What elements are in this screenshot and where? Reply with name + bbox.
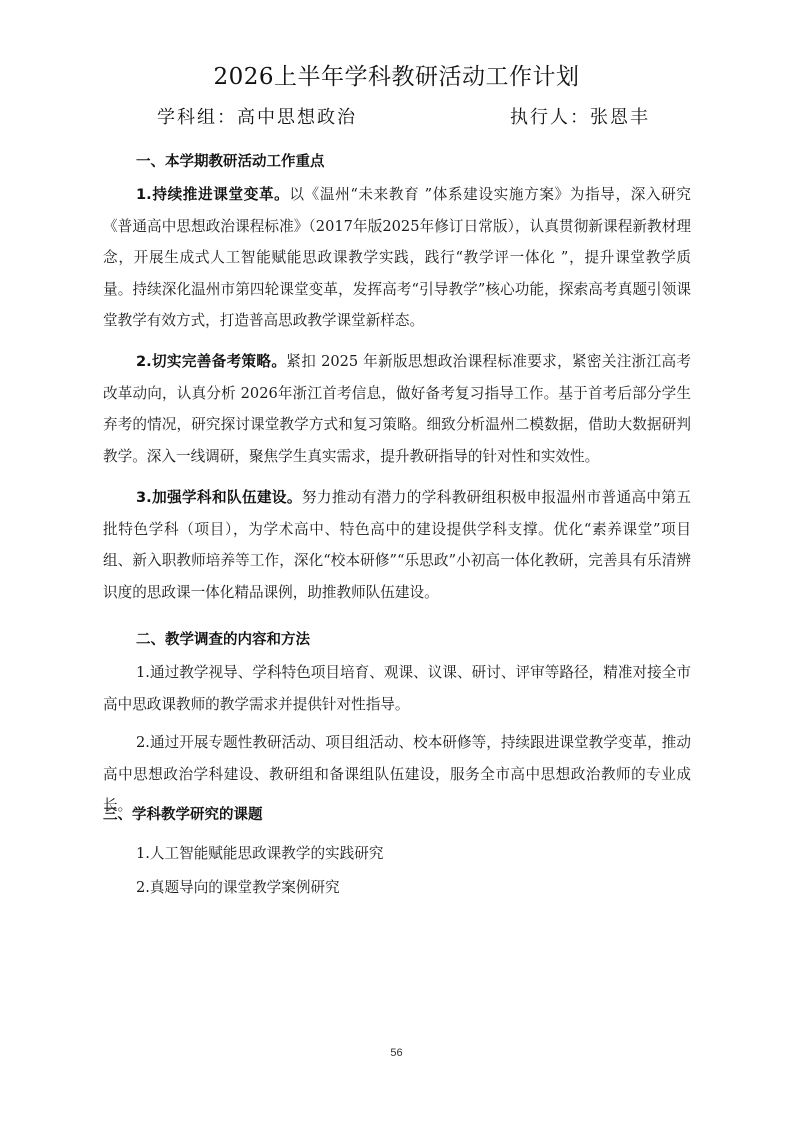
page-number: 56: [0, 1047, 793, 1059]
paragraph-text: 1.通过教学视导、学科特色项目培育、观课、议课、研讨、评审等路径，精准对接全市高…: [103, 664, 691, 713]
research-topic-2: 2.真题导向的课堂教学案例研究: [136, 876, 340, 897]
executor: 执行人：张恩丰: [510, 103, 650, 129]
paragraph-1-1: 1.持续推进课堂变革。以《温州“未来教育 ”体系建设实施方案》为指导，深入研究《…: [103, 179, 691, 337]
section-heading-2: 二、教学调查的内容和方法: [136, 628, 310, 649]
document-title: 2026上半年学科教研活动工作计划: [0, 58, 793, 91]
document-page: 2026上半年学科教研活动工作计划 学科组：高中思想政治 执行人：张恩丰 一、本…: [0, 0, 793, 1122]
paragraph-2-1: 1.通过教学视导、学科特色项目培育、观课、议课、研讨、评审等路径，精准对接全市高…: [103, 657, 691, 720]
research-topic-1: 1.人工智能赋能思政课教学的实践研究: [136, 842, 383, 863]
paragraph-text: 2.通过开展专题性教研活动、项目组活动、校本研修等，持续跟进课堂教学变革，推动高…: [103, 734, 691, 814]
paragraph-1-2: 2.切实完善备考策略。紧扣 2025 年新版思想政治课程标准要求，紧密关注浙江高…: [103, 346, 691, 472]
paragraph-lead: 1.持续推进课堂变革。: [136, 186, 289, 203]
paragraph-lead: 2.切实完善备考策略。: [136, 353, 286, 370]
section-heading-3: 三、学科教学研究的课题: [103, 803, 263, 824]
paragraph-1-3: 3.加强学科和队伍建设。努力推动有潜力的学科教研组积极申报温州市普通高中第五批特…: [103, 482, 691, 608]
paragraph-lead: 3.加强学科和队伍建设。: [136, 489, 302, 506]
paragraph-text: 以《温州“未来教育 ”体系建设实施方案》为指导，深入研究《普通高中思想政治课程标…: [103, 186, 691, 329]
subject-group: 学科组：高中思想政治: [157, 103, 357, 129]
section-heading-1: 一、本学期教研活动工作重点: [136, 150, 325, 171]
